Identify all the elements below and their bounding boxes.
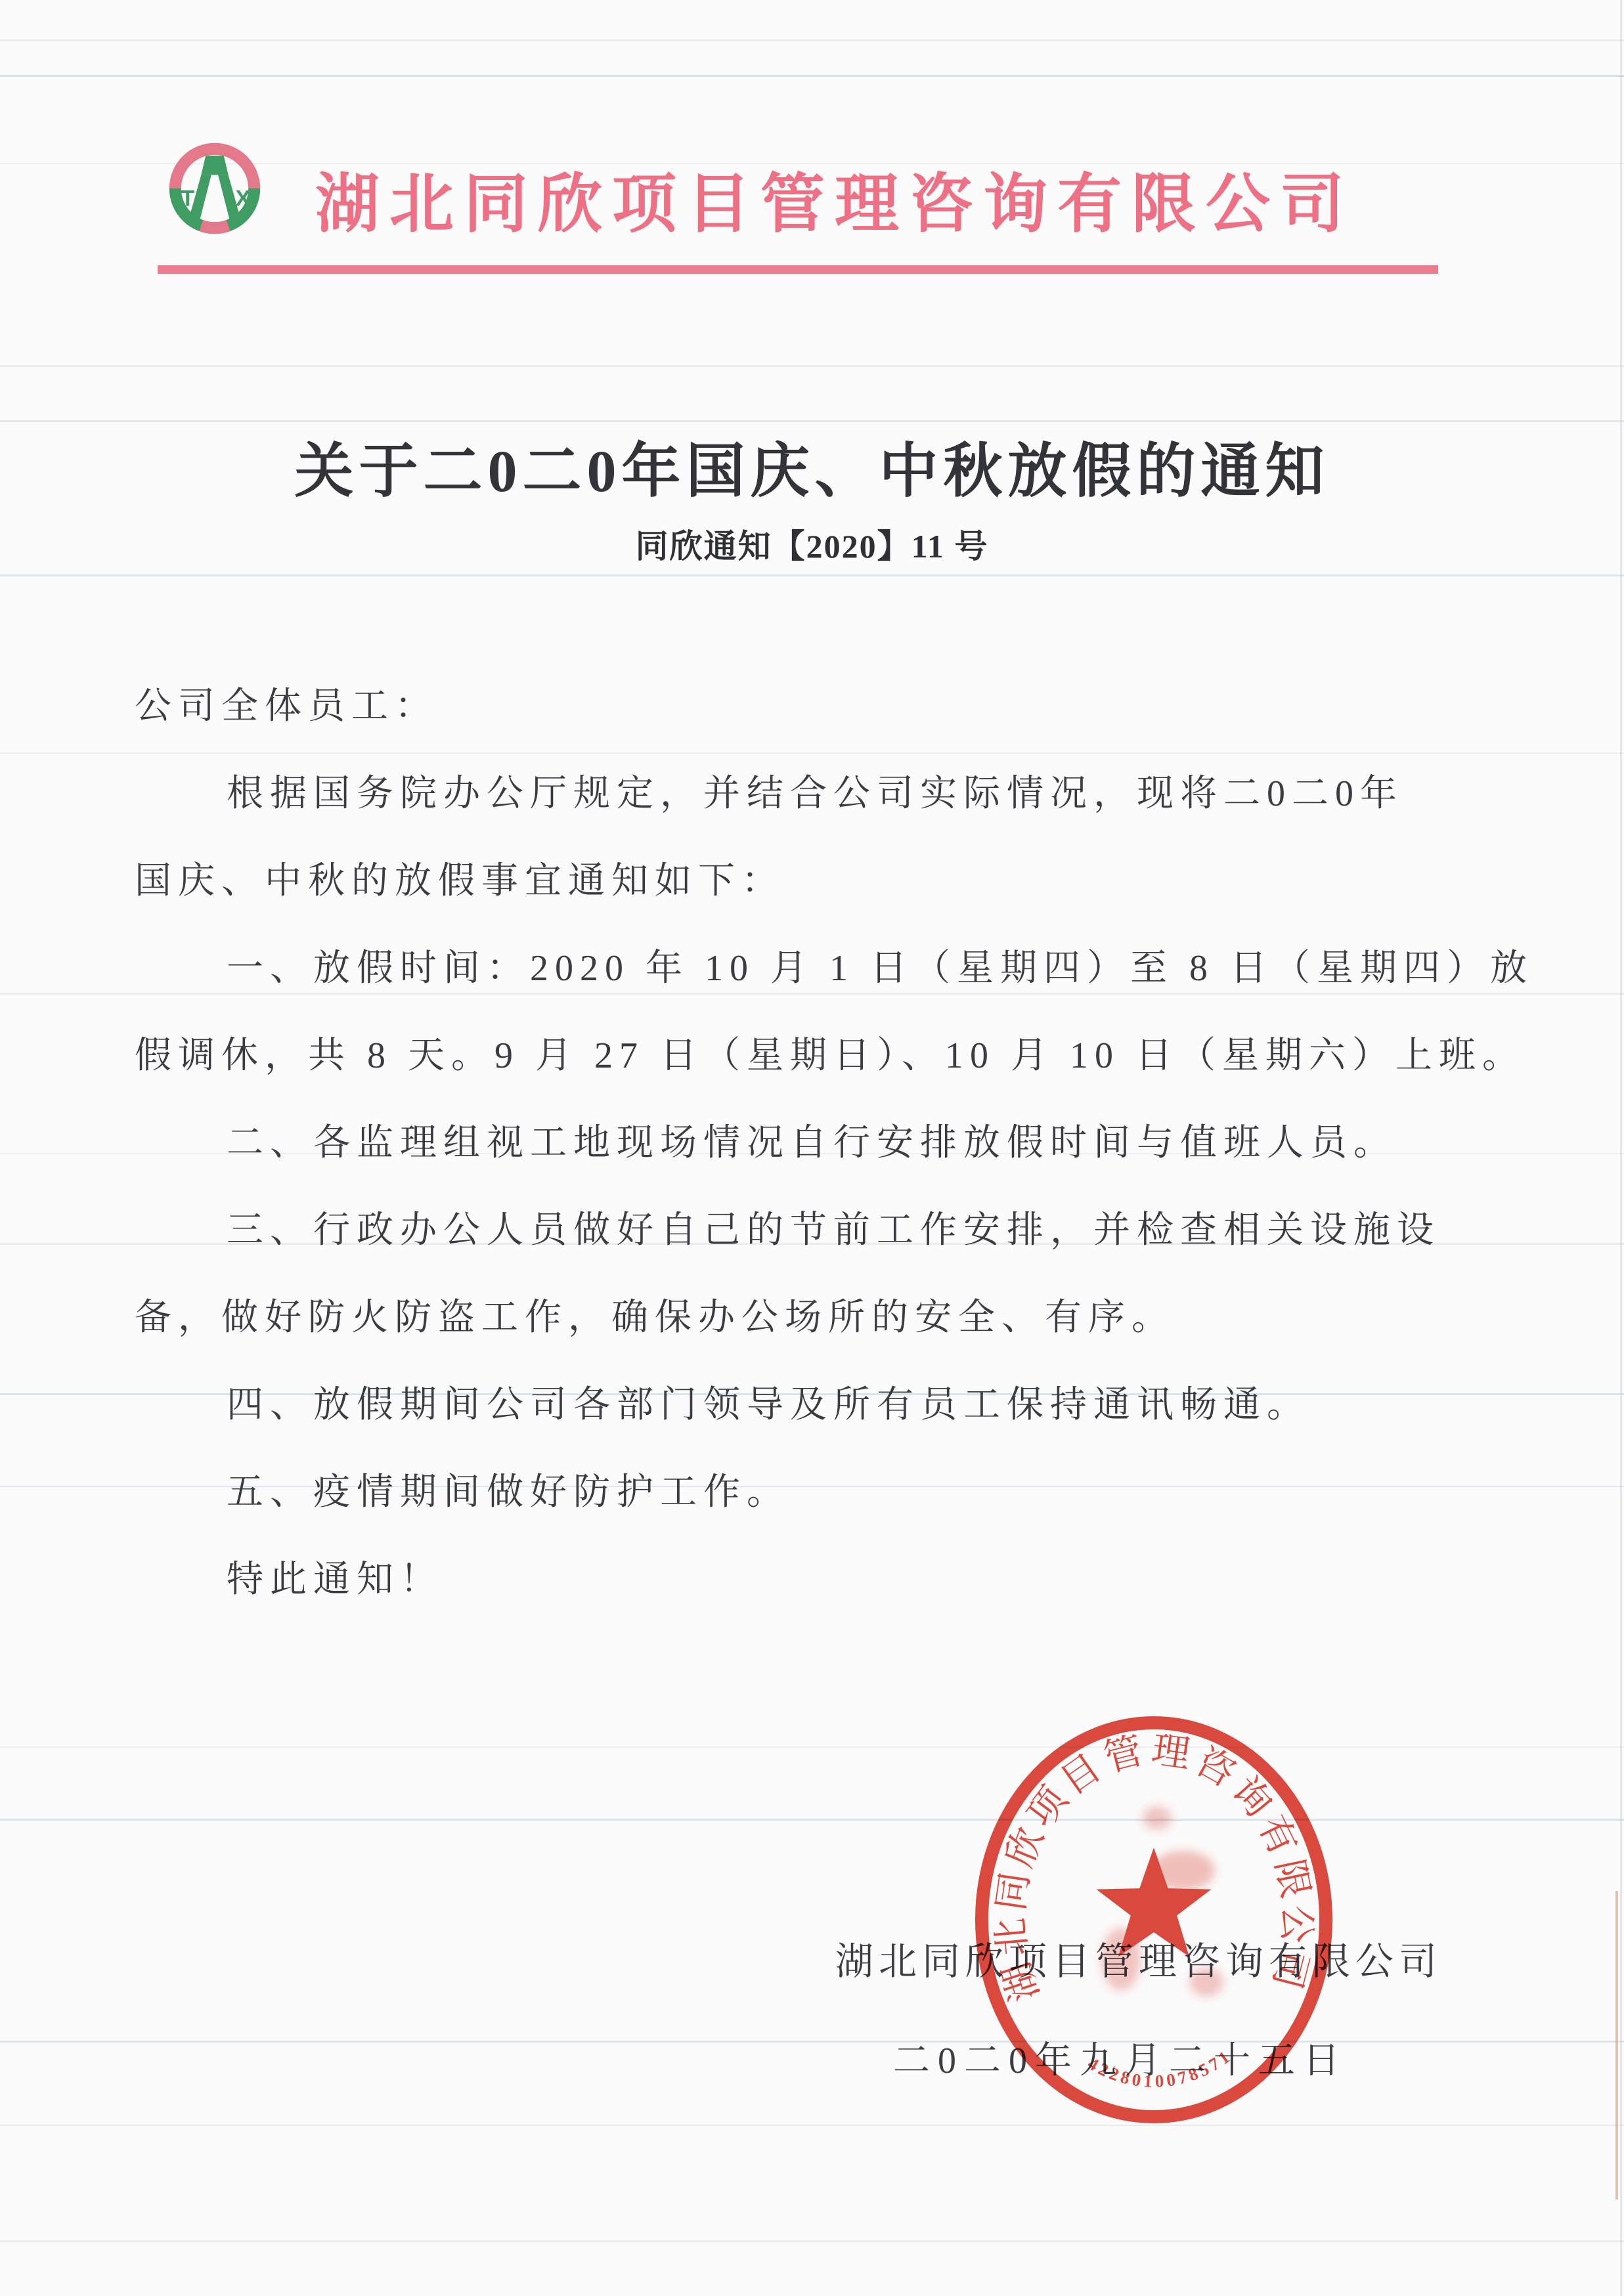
logo-a-head — [201, 156, 228, 175]
scan-line — [0, 75, 1624, 77]
body-line: 四、放假期间公司各部门领导及所有员工保持通讯畅通。 — [135, 1362, 1527, 1449]
scan-line — [0, 420, 1624, 422]
company-seal: 湖北同欣项目管理咨询有限公司 4228010078571 — [924, 1677, 1384, 2163]
scan-edge-line — [1620, 0, 1622, 2296]
scan-line — [0, 365, 1624, 367]
closing-line: 特此通知！ — [135, 1536, 1527, 1624]
company-logo: T X — [158, 132, 271, 245]
logo-ring-bottom-wedge — [201, 226, 228, 228]
salutation-line: 公司全体员工： — [135, 663, 1527, 750]
letterhead-divider — [158, 265, 1438, 274]
logo-letter-t: T — [181, 186, 194, 211]
body-line: 假调休，共 8 天。9 月 27 日（星期日）、10 月 10 日（星期六）上班… — [135, 1012, 1527, 1100]
body-line: 根据国务院办公厅规定，并结合公司实际情况，现将二0二0年 — [135, 750, 1527, 838]
body-line: 二、各监理组视工地现场情况自行安排放假时间与值班人员。 — [135, 1100, 1527, 1187]
body-line: 一、放假时间：2020 年 10 月 1 日（星期四）至 8 日（星期四）放 — [135, 925, 1527, 1012]
scan-line — [0, 2240, 1624, 2242]
notice-body: 公司全体员工： 根据国务院办公厅规定，并结合公司实际情况，现将二0二0年 国庆、… — [135, 663, 1527, 1624]
body-line: 五、疫情期间做好防护工作。 — [135, 1449, 1527, 1536]
scan-line — [0, 39, 1624, 41]
body-line: 三、行政办公人员做好自己的节前工作安排，并检查相关设施设 — [135, 1187, 1527, 1274]
scan-line — [0, 574, 1624, 576]
seal-serial-number: 4228010078571 — [1084, 2047, 1233, 2091]
logo-letter-x: X — [236, 186, 251, 211]
scanned-notice-page: T X 湖北同欣项目管理咨询有限公司 关于二0二0年国庆、中秋放假的通知 同欣通… — [0, 0, 1624, 2296]
notice-doc-number: 同欣通知【2020】11 号 — [0, 520, 1624, 567]
letterhead-company-name: 湖北同欣项目管理咨询有限公司 — [315, 152, 1354, 245]
body-line: 国庆、中秋的放假事宜通知如下： — [135, 838, 1527, 925]
scan-edge-line — [1615, 1891, 1618, 2199]
body-line: 备，做好防火防盗工作，确保办公场所的安全、有序。 — [135, 1274, 1527, 1362]
notice-title: 关于二0二0年国庆、中秋放假的通知 — [0, 423, 1624, 508]
